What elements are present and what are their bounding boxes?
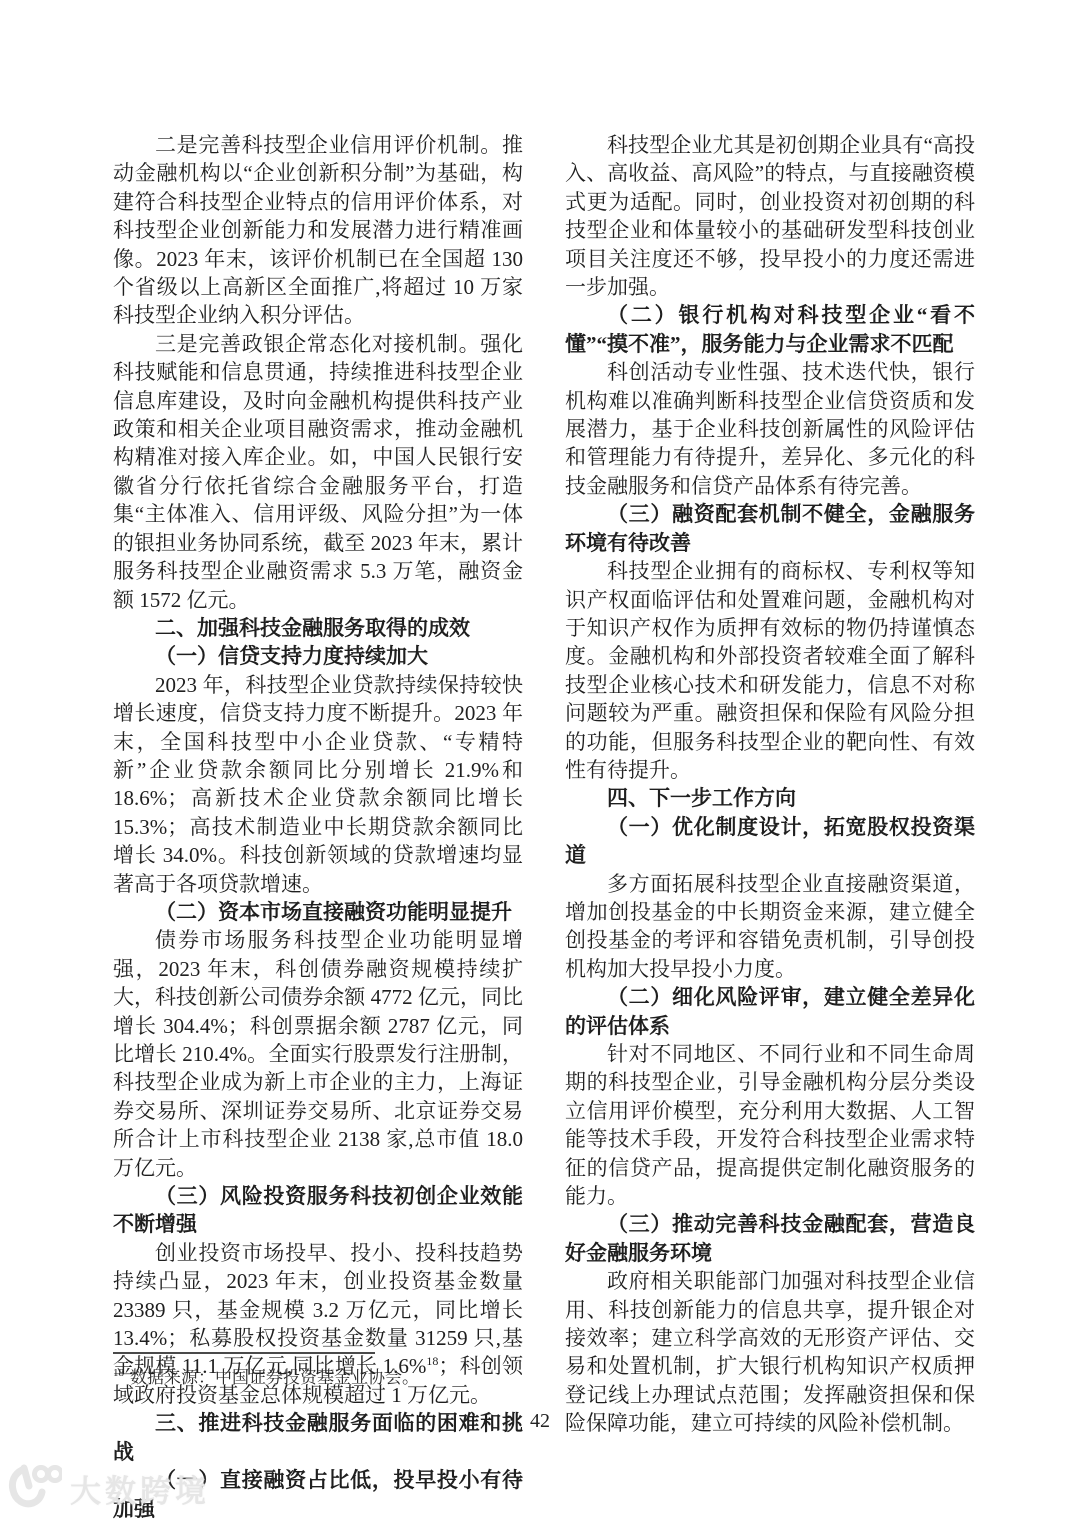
left-column: 二是完善科技型企业信用评价机制。推动金融机构以“企业创新积分制”为基础，构建符合… (113, 131, 523, 1523)
paragraph: 针对不同地区、不同行业和不同生命周期的科技型企业，引导金融机构分层分类设立信用评… (565, 1040, 975, 1210)
right-column: 科技型企业尤其是初创期企业具有“高投入、高收益、高风险”的特点，与直接融资模式更… (565, 131, 975, 1523)
footnote-block: 18数据来源：中国证券投资基金业协会。 (113, 1352, 533, 1390)
watermark: 大数跨境 (8, 1460, 210, 1517)
footnote-separator-rule (113, 1352, 375, 1354)
subsection-heading: （二）细化风险评审，建立健全差异化的评估体系 (565, 983, 975, 1040)
paragraph: 科技型企业尤其是初创期企业具有“高投入、高收益、高风险”的特点，与直接融资模式更… (565, 131, 975, 301)
subsection-heading: （二）银行机构对科技型企业“看不懂”“摸不准”，服务能力与企业需求不匹配 (565, 301, 975, 358)
brand-100-logo-icon (8, 1460, 62, 1517)
paragraph: 科创活动专业性强、技术迭代快，银行机构难以准确判断科技型企业信贷资质和发展潜力，… (565, 358, 975, 500)
subsection-heading: （一）优化制度设计，拓宽股权投资渠道 (565, 813, 975, 870)
subsection-heading: （一）信贷支持力度持续加大 (113, 642, 523, 670)
subsection-heading: （三）推动完善科技金融配套，营造良好金融服务环境 (565, 1210, 975, 1267)
footnote-marker: 18 (113, 1367, 124, 1379)
section-heading: 四、下一步工作方向 (565, 784, 975, 812)
watermark-brand-text: 大数跨境 (70, 1466, 210, 1511)
paragraph: 多方面拓展科技型企业直接融资渠道，增加创投基金的中长期资金来源，建立健全创投基金… (565, 870, 975, 984)
paragraph: 二是完善科技型企业信用评价机制。推动金融机构以“企业创新积分制”为基础，构建符合… (113, 131, 523, 330)
subsection-heading: （二）资本市场直接融资功能明显提升 (113, 898, 523, 926)
paragraph: 2023 年，科技型企业贷款持续保持较快增长速度，信贷支持力度不断提升。2023… (113, 671, 523, 898)
footnote-content: 数据来源：中国证券投资基金业协会。 (130, 1368, 419, 1387)
subsection-heading: （三）风险投资服务科技初创企业效能不断增强 (113, 1182, 523, 1239)
page-number: 42 (0, 1410, 1080, 1433)
document-page: 二是完善科技型企业信用评价机制。推动金融机构以“企业创新积分制”为基础，构建符合… (0, 0, 1080, 1527)
paragraph: 债券市场服务科技型企业功能明显增强，2023 年末，科创债券融资规模持续扩大，科… (113, 926, 523, 1182)
paragraph: 三是完善政银企常态化对接机制。强化科技赋能和信息贯通，持续推进科技型企业信息库建… (113, 330, 523, 614)
paragraph: 科技型企业拥有的商标权、专利权等知识产权面临评估和处置难问题，金融机构对于知识产… (565, 557, 975, 784)
section-heading: 二、加强科技金融服务取得的成效 (113, 614, 523, 642)
subsection-heading: （三）融资配套机制不健全，金融服务环境有待改善 (565, 500, 975, 557)
footnote-text: 18数据来源：中国证券投资基金业协会。 (113, 1366, 533, 1390)
two-column-text-area: 二是完善科技型企业信用评价机制。推动金融机构以“企业创新积分制”为基础，构建符合… (113, 131, 975, 1523)
